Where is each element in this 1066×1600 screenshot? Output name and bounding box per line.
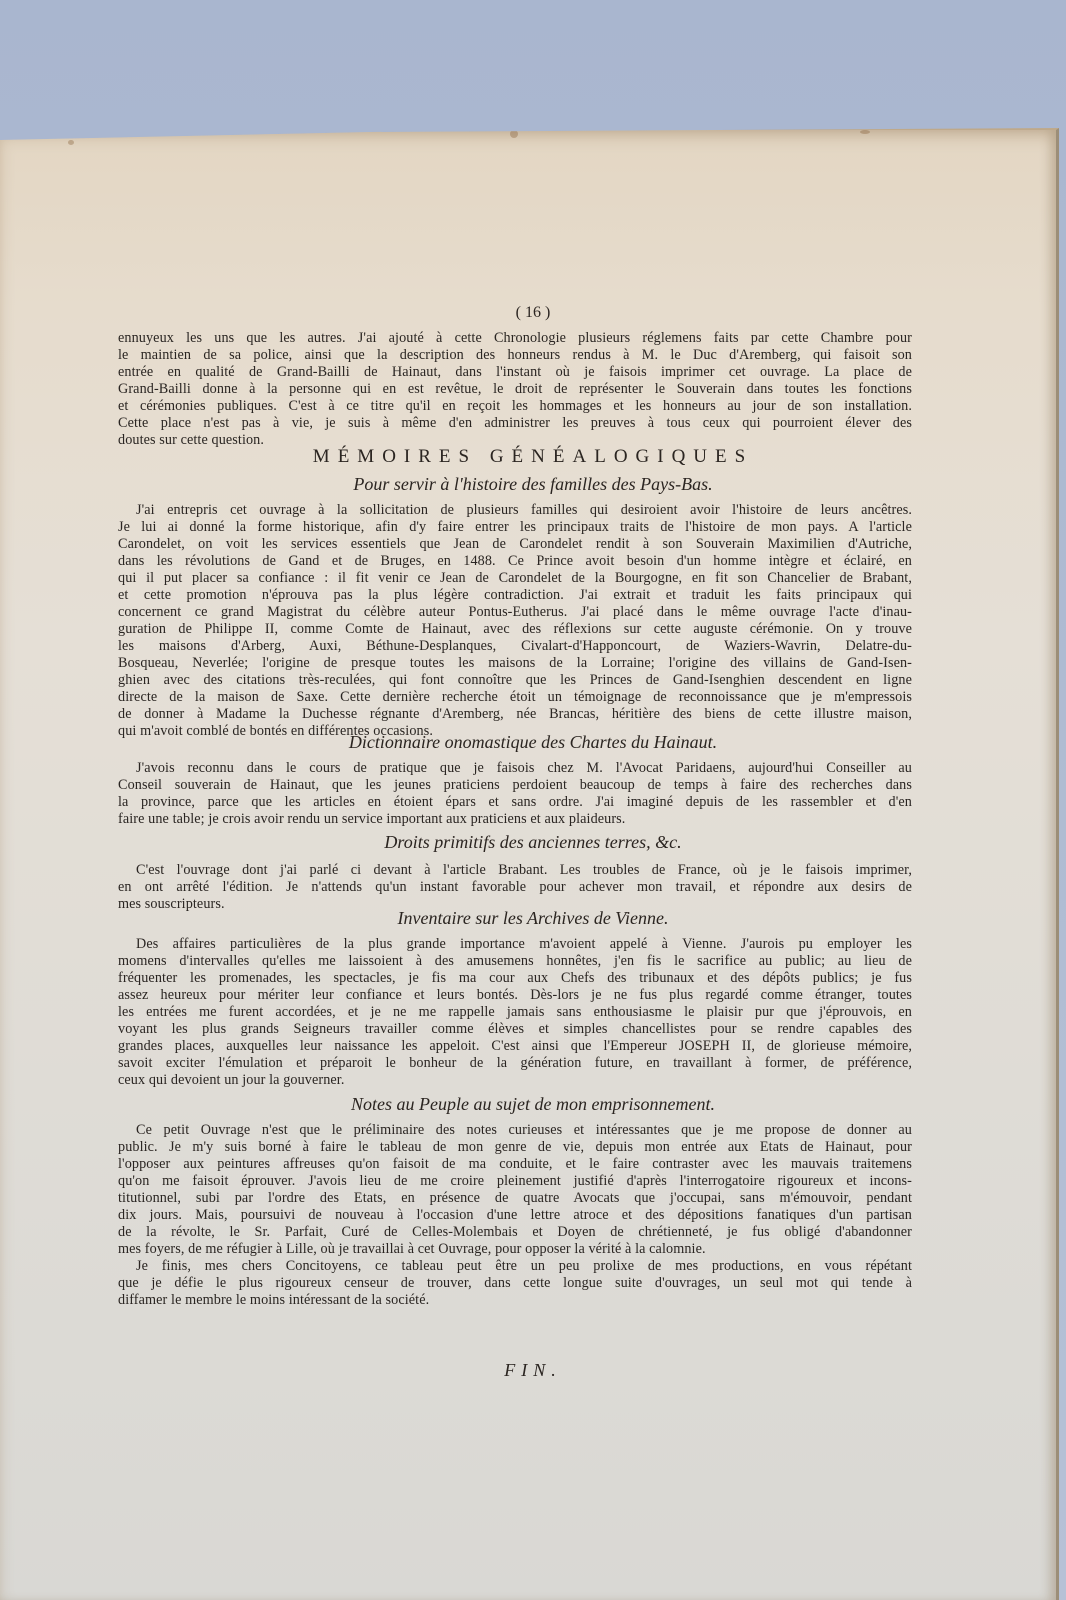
closing-fin: FIN.: [0, 1360, 1066, 1381]
section-title-memoires: MÉMOIRES GÉNÉALOGIQUES: [0, 446, 1066, 468]
text-line: assez heureux pour mériter leur confianc…: [118, 987, 912, 1004]
text-line: les entrées me furent accordées, et je n…: [118, 1004, 912, 1021]
text-line: C'est l'ouvrage dont j'ai parlé ci devan…: [118, 862, 912, 879]
page-number: ( 16 ): [0, 304, 1066, 322]
text-line: titutionnel, subi par l'ordre des Etats,…: [118, 1190, 912, 1207]
paper-stain: [510, 130, 518, 138]
text-line: savoit exciter l'émulation et préparoit …: [118, 1055, 912, 1072]
text-line: fréquenter les promenades, les spectacle…: [118, 970, 912, 987]
text-line: grandes places, auxquelles leur naissanc…: [118, 1038, 912, 1055]
text-line: que je défie le plus rigoureux censeur d…: [118, 1275, 912, 1292]
text-line: Des affaires particulières de la plus gr…: [118, 936, 912, 953]
text-line: le maintien de sa police, ainsi que la d…: [118, 347, 912, 364]
text-line: guration de Philippe II, comme Comte de …: [118, 621, 912, 638]
text-line: J'avois reconnu dans le cours de pratiqu…: [118, 760, 912, 777]
text-line: qu'on me faisoit éprouver. J'avois lieu …: [118, 1173, 912, 1190]
text-line: momens d'intervalles qu'elles me laissoi…: [118, 953, 912, 970]
text-line: ghien avec des citations très-reculées, …: [118, 672, 912, 689]
text-line: la province, parce que les articles en é…: [118, 794, 912, 811]
text-line: concernent ce grand Magistrat du célèbre…: [118, 604, 912, 621]
section-subtitle-dictionnaire: Dictionnaire onomastique des Chartes du …: [0, 732, 1066, 753]
text-line: Je lui ai donné la forme historique, afi…: [118, 519, 912, 536]
text-line: Grand-Bailli donne à la personne qui en …: [118, 381, 912, 398]
text-line: mes foyers, de me réfugier à Lille, où j…: [118, 1241, 912, 1258]
text-line: Carondelet, on voit les services essenti…: [118, 536, 912, 553]
text-line: ennuyeux les uns que les autres. J'ai aj…: [118, 330, 912, 347]
text-line: entrée en qualité de Grand-Bailli de Hai…: [118, 364, 912, 381]
paper-stain: [860, 130, 870, 134]
text-line: les maisons d'Arberg, Auxi, Béthune-Desp…: [118, 638, 912, 655]
text-line: Je finis, mes chers Concitoyens, ce tabl…: [118, 1258, 912, 1275]
text-line: directe de la maison de Saxe. Cette dern…: [118, 689, 912, 706]
text-line: de la révolte, le Sr. Parfait, Curé de C…: [118, 1224, 912, 1241]
text-line: Conseil souverain de Hainaut, que les je…: [118, 777, 912, 794]
text-line: Cette place n'est pas à vie, je suis à m…: [118, 415, 912, 432]
paper-stain: [68, 140, 74, 145]
text-line: Ce petit Ouvrage n'est que le préliminai…: [118, 1122, 912, 1139]
text-line: faire une table; je crois avoir rendu un…: [118, 811, 912, 828]
text-line: voyant les plus grands Seigneurs travail…: [118, 1021, 912, 1038]
text-line: et cérémonies publiques. C'est à ce titr…: [118, 398, 912, 415]
section-subtitle-droits: Droits primitifs des anciennes terres, &…: [0, 832, 1066, 853]
section-subtitle-notes: Notes au Peuple au sujet de mon emprison…: [0, 1094, 1066, 1115]
text-line: dix jours. Mais, poursuivi de nouveau à …: [118, 1207, 912, 1224]
text-line: et cette promotion n'éprouva pas la plus…: [118, 587, 912, 604]
text-line: Bosqueau, Neverlée; l'origine de presque…: [118, 655, 912, 672]
text-line: public. Je m'y suis borné à faire le tab…: [118, 1139, 912, 1156]
text-line: ceux qui devoient un jour la gouverner.: [118, 1072, 912, 1089]
section-subtitle-memoires: Pour servir à l'histoire des familles de…: [0, 474, 1066, 495]
section-subtitle-inventaire: Inventaire sur les Archives de Vienne.: [0, 908, 1066, 929]
text-line: de donner à Madame la Duchesse régnante …: [118, 706, 912, 723]
text-line: J'ai entrepris cet ouvrage à la sollicit…: [118, 502, 912, 519]
text-line: en ont arrêté l'édition. Je n'attends qu…: [118, 879, 912, 896]
text-line: dans les révolutions de Gand et de Bruge…: [118, 553, 912, 570]
text-line: qui il put placer sa confiance : il fit …: [118, 570, 912, 587]
text-line: diffamer le membre le moins intéressant …: [118, 1292, 912, 1309]
text-line: l'opposer aux peintures affreuses qu'on …: [118, 1156, 912, 1173]
